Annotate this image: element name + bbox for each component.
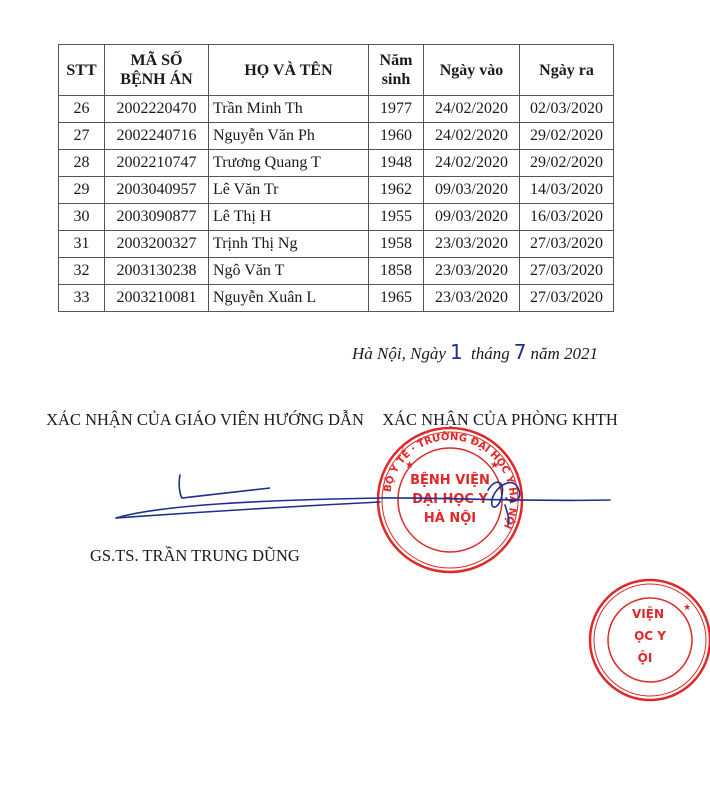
svg-text:VIỆN: VIỆN xyxy=(632,606,664,621)
svg-text:★: ★ xyxy=(405,460,414,471)
supervisor-signature xyxy=(116,475,610,518)
stamp-line-1: BỆNH VIỆN xyxy=(410,472,490,488)
svg-text:★: ★ xyxy=(490,460,499,471)
svg-text:★: ★ xyxy=(683,603,691,613)
partial-stamp: VIỆN ỌC Y ỘI ★ xyxy=(590,580,710,700)
stamps-and-signatures: BỘ Y TẾ · TRƯỜNG ĐẠI HỌC Y HÀ NỘI BỆNH V… xyxy=(0,0,710,790)
stamp-line-3: HÀ NỘI xyxy=(424,510,476,526)
svg-text:ỘI: ỘI xyxy=(638,650,653,665)
svg-text:ỌC Y: ỌC Y xyxy=(634,629,666,643)
